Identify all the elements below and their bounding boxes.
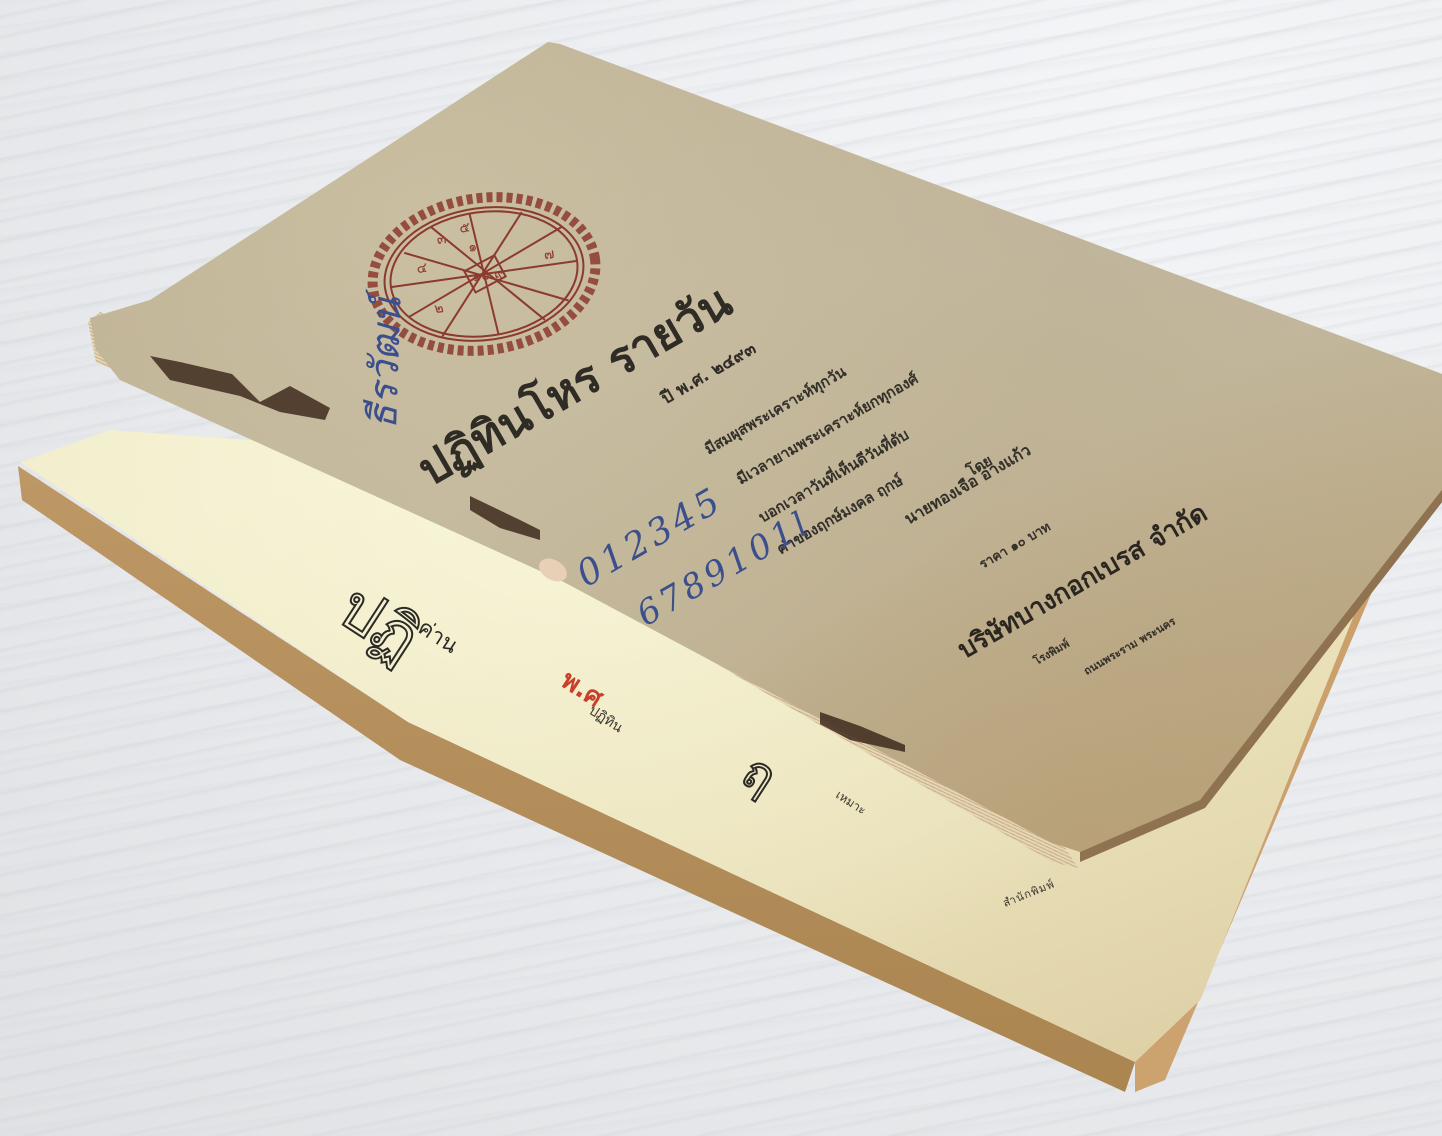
- emblem-cell: ๔: [416, 260, 429, 277]
- emblem-cell: ๗: [543, 246, 556, 263]
- emblem-cell: ๓: [436, 231, 448, 248]
- handwritten-signature: ธีรวัฒน์: [350, 296, 419, 430]
- emblem-cell: ๙: [493, 265, 505, 282]
- emblem-cell: ๒: [433, 300, 444, 317]
- emblem-cell: ๕: [458, 220, 471, 237]
- emblem-cell: ๑๐: [471, 267, 490, 285]
- photo-scene: ปฏิ ค่าน พ.ศ ปฏิทิน ฤ เหมาะ 80.- สำนักพิ…: [0, 0, 1442, 1136]
